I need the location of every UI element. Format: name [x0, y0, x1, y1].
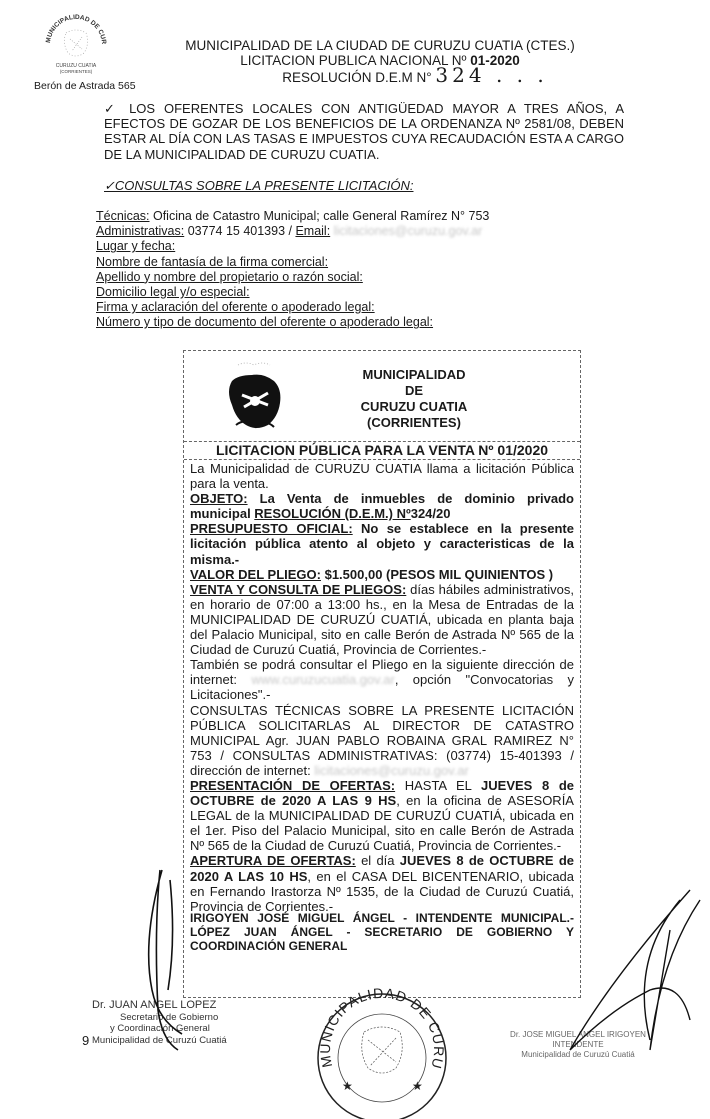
form-line: Firma y aclaración del oferente o apoder… — [96, 300, 489, 315]
resolution-handwritten-number: 324 . . . — [435, 63, 547, 87]
svg-text:★: ★ — [412, 1079, 423, 1093]
svg-text:★: ★ — [342, 1079, 353, 1093]
tecnicas-line: Técnicas: Oficina de Catastro Municipal;… — [96, 209, 489, 224]
form-line: Domicilio legal y/o especial: — [96, 285, 489, 300]
page-number: 9 — [82, 1033, 89, 1048]
contact-redacted: licitaciones@curuzu.gov.ar — [314, 763, 469, 778]
svg-text:MUNICIPALIDAD DE CURUZU CUATIA: MUNICIPALIDAD DE CURUZU CUATIA — [40, 5, 107, 45]
form-line: Número y tipo de documento del oferente … — [96, 315, 489, 330]
signatories: IRIGOYEN JOSÉ MIGUEL ÁNGEL - INTENDENTE … — [190, 911, 574, 953]
presentacion-paragraph: PRESENTACIÓN DE OFERTAS: HASTA EL JUEVES… — [190, 778, 574, 853]
website-redacted: www.curuzucuatia.gov.ar — [251, 672, 395, 687]
internet-paragraph: También se podrá consultar el Pliego en … — [190, 657, 574, 702]
venta-paragraph: VENTA Y CONSULTA DE PLIEGOS: días hábile… — [190, 582, 574, 657]
form-line: Nombre de fantasía de la firma comercial… — [96, 255, 489, 270]
notice-title: LICITACION PÚBLICA PARA LA VENTA Nº 01/2… — [184, 442, 580, 460]
municipal-seal-icon: MUNICIPALIDAD DE CURUZU CUATIA ★ ★ — [312, 980, 452, 1119]
header-line-1: MUNICIPALIDAD DE LA CIUDAD DE CURUZU CUA… — [150, 38, 610, 53]
email-redacted: licitaciones@curuzu.gov.ar — [334, 224, 483, 239]
secretary-signature-icon — [120, 860, 230, 1060]
svg-text:MUNICIPALIDAD DE CURUZU CUATIA: MUNICIPALIDAD DE CURUZU CUATIA — [312, 980, 447, 1071]
header-address: Berón de Astrada 565 — [34, 80, 136, 92]
svg-text:(CORRIENTES): (CORRIENTES) — [60, 69, 93, 74]
contact-fields: Técnicas: Oficina de Catastro Municipal;… — [96, 209, 489, 331]
objeto-paragraph: OBJETO: La Venta de inmuebles de dominio… — [190, 491, 574, 521]
crest-icon — [224, 359, 286, 435]
document-header: MUNICIPALIDAD DE LA CIUDAD DE CURUZU CUA… — [150, 38, 610, 85]
notice-header: MUNICIPALIDAD DE CURUZU CUATIA (CORRIENT… — [184, 351, 580, 442]
mayor-signature-icon — [540, 880, 710, 1070]
administrativas-line: Administrativas: 03774 15 401393 / Email… — [96, 224, 489, 239]
form-line: Apellido y nombre del propietario o razó… — [96, 270, 489, 285]
municipal-logo: MUNICIPALIDAD DE CURUZU CUATIA CURUZU CU… — [40, 5, 112, 77]
notice-municipality: MUNICIPALIDAD DE CURUZU CUATIA (CORRIENT… — [324, 367, 504, 431]
form-line: Lugar y fecha: — [96, 239, 489, 254]
presupuesto-paragraph: PRESUPUESTO OFICIAL: No se establece en … — [190, 521, 574, 566]
header-line-3: RESOLUCIÓN D.E.M N° 324 . . . — [150, 68, 610, 85]
consultas-heading: ✓CONSULTAS SOBRE LA PRESENTE LICITACIÓN: — [104, 178, 413, 194]
notice-body: La Municipalidad de CURUZU CUATIA llama … — [190, 461, 574, 914]
public-notice-box: MUNICIPALIDAD DE CURUZU CUATIA (CORRIENT… — [183, 350, 581, 998]
apertura-paragraph: APERTURA DE OFERTAS: el día JUEVES 8 de … — [190, 853, 574, 913]
consultas-paragraph: CONSULTAS TÉCNICAS SOBRE LA PRESENTE LIC… — [190, 703, 574, 778]
notice-intro: La Municipalidad de CURUZU CUATIA llama … — [190, 461, 574, 491]
valor-paragraph: VALOR DEL PLIEGO: $1.500,00 (PESOS MIL Q… — [190, 567, 574, 582]
intro-paragraph: ✓ LOS OFERENTES LOCALES CON ANTIGÜEDAD M… — [104, 101, 624, 162]
